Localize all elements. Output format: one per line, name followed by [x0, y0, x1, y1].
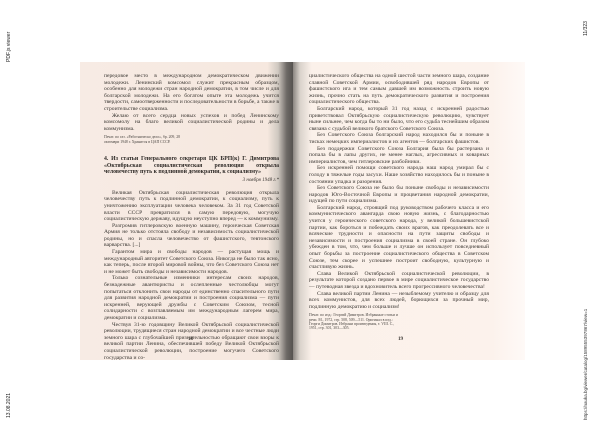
paragraph: Желаю от всего сердца новых успехов и по… — [104, 113, 279, 133]
source-url-label: https://nauka.bg/viewer/catalog/15895553… — [583, 309, 588, 420]
right-page-text: циалистического общества на одной шестой… — [309, 73, 489, 310]
source-reference: Печат. по газ. «Работническо дело», бр. … — [104, 135, 194, 144]
paragraph: Болгарский народ, строящий под руководст… — [309, 205, 489, 271]
paragraph: Слава великой партии Ленина — незыблемом… — [309, 291, 489, 311]
paragraph: Гарантом мира и свободы народов — растущ… — [104, 249, 279, 275]
paragraph: Без поддержки Советского Союза Болгария … — [309, 146, 489, 166]
paragraph: Только сознательные изменники интересам … — [104, 275, 279, 321]
viewer-title-label: PDF.js viewer — [6, 32, 12, 62]
left-page: передовое место в международном демократ… — [80, 62, 293, 360]
source-reference: Печат. по изд.: Георгий Димитров. Избран… — [309, 313, 399, 330]
paragraph: Болгарский народ, который 31 год назад с… — [309, 106, 489, 132]
print-date-label: 13.08.2021 — [6, 393, 12, 418]
paragraph: Слава Великой Октябрьской социалистическ… — [309, 271, 489, 291]
page-counter-label: 11/323 — [583, 21, 589, 36]
paragraph: Без Советского Союза болгарский народ на… — [309, 132, 489, 145]
book-spread: передовое место в международном демократ… — [80, 62, 525, 360]
paragraph: передовое место в международном демократ… — [104, 73, 279, 113]
paragraph: Разгромив гитлеровскую военную машину, г… — [104, 223, 279, 249]
section-title: Из статьи Генерального секретаря ЦК БРП(… — [104, 156, 279, 175]
section-number: 4. — [104, 156, 108, 162]
paragraph: Великая Октябрьская социалистическая рев… — [104, 190, 279, 223]
page-number: 19 — [398, 337, 403, 342]
paragraph: Без искренней помощи советского народа н… — [309, 165, 489, 185]
section-heading: 4. Из статьи Генерального секретаря ЦК Б… — [104, 156, 279, 176]
right-page: циалистического общества на одной шестой… — [293, 62, 525, 360]
left-page-body: Великая Октябрьская социалистическая рев… — [104, 190, 279, 361]
left-page-text: передовое место в международном демократ… — [104, 73, 279, 132]
paragraph: Без Советского Союза не было бы поныне с… — [309, 185, 489, 205]
page-number: 18 — [188, 337, 193, 342]
paragraph: циалистического общества на одной шестой… — [309, 73, 489, 106]
dateline: 3 ноября 1948 г.* — [104, 178, 279, 183]
